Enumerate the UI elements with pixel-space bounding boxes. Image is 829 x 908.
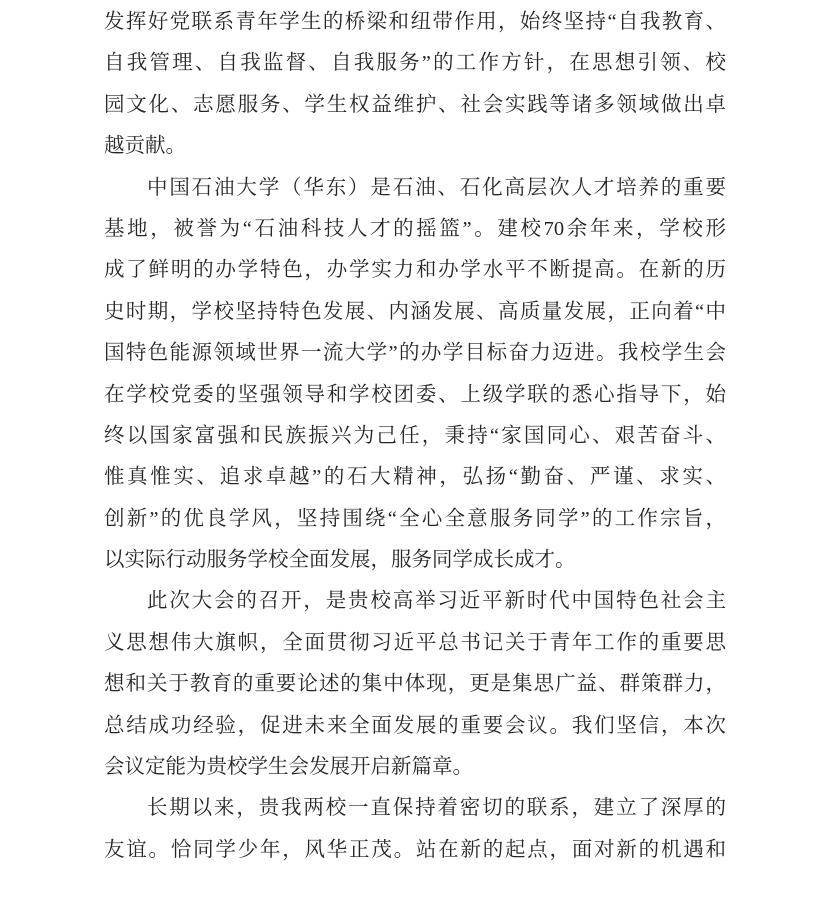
text-line-14: 以实际行动服务学校全面发展，服务同学成长成才。 [104,540,726,581]
text-line-17: 想和关于教育的重要论述的集中体现，更是集思广益、群策群力， [104,664,726,705]
text-line-7: 成了鲜明的办学特色，办学实力和办学水平不断提高。在新的历 [104,250,726,291]
text-line-16: 义思想伟大旗帜，全面贯彻习近平总书记关于青年工作的重要思 [104,623,726,664]
text-line-15: 此次大会的召开，是贵校高举习近平新时代中国特色社会主 [104,581,726,622]
document-page: 发挥好党联系青年学生的桥梁和纽带作用，始终坚持“自我教育、自我管理、自我监督、自… [0,0,829,908]
text-line-2: 自我管理、自我监督、自我服务”的工作方针，在思想引领、校 [104,43,726,84]
text-line-6: 基地，被誉为“石油科技人才的摇篮”。建校70余年来，学校形 [104,209,726,250]
document-body: 发挥好党联系青年学生的桥梁和纽带作用，始终坚持“自我教育、自我管理、自我监督、自… [104,2,726,871]
text-line-9: 国特色能源领域世界一流大学”的办学目标奋力迈进。我校学生会 [104,333,726,374]
text-line-5: 中国石油大学（华东）是石油、石化高层次人才培养的重要 [104,168,726,209]
text-line-10: 在学校党委的坚强领导和学校团委、上级学联的悉心指导下，始 [104,375,726,416]
text-line-4: 越贡献。 [104,126,726,167]
text-line-20: 长期以来，贵我两校一直保持着密切的联系，建立了深厚的 [104,788,726,829]
text-line-18: 总结成功经验，促进未来全面发展的重要会议。我们坚信，本次 [104,706,726,747]
text-line-11: 终以国家富强和民族振兴为己任，秉持“家国同心、艰苦奋斗、 [104,416,726,457]
text-line-21: 友谊。恰同学少年，风华正茂。站在新的起点，面对新的机遇和 [104,830,726,871]
text-line-8: 史时期，学校坚持特色发展、内涵发展、高质量发展，正向着“中 [104,292,726,333]
text-line-1: 发挥好党联系青年学生的桥梁和纽带作用，始终坚持“自我教育、 [104,2,726,43]
text-line-19: 会议定能为贵校学生会发展开启新篇章。 [104,747,726,788]
text-line-12: 惟真惟实、追求卓越”的石大精神，弘扬“勤奋、严谨、求实、 [104,457,726,498]
text-line-3: 园文化、志愿服务、学生权益维护、社会实践等诸多领域做出卓 [104,85,726,126]
text-line-13: 创新”的优良学风，坚持围绕“全心全意服务同学”的工作宗旨， [104,499,726,540]
